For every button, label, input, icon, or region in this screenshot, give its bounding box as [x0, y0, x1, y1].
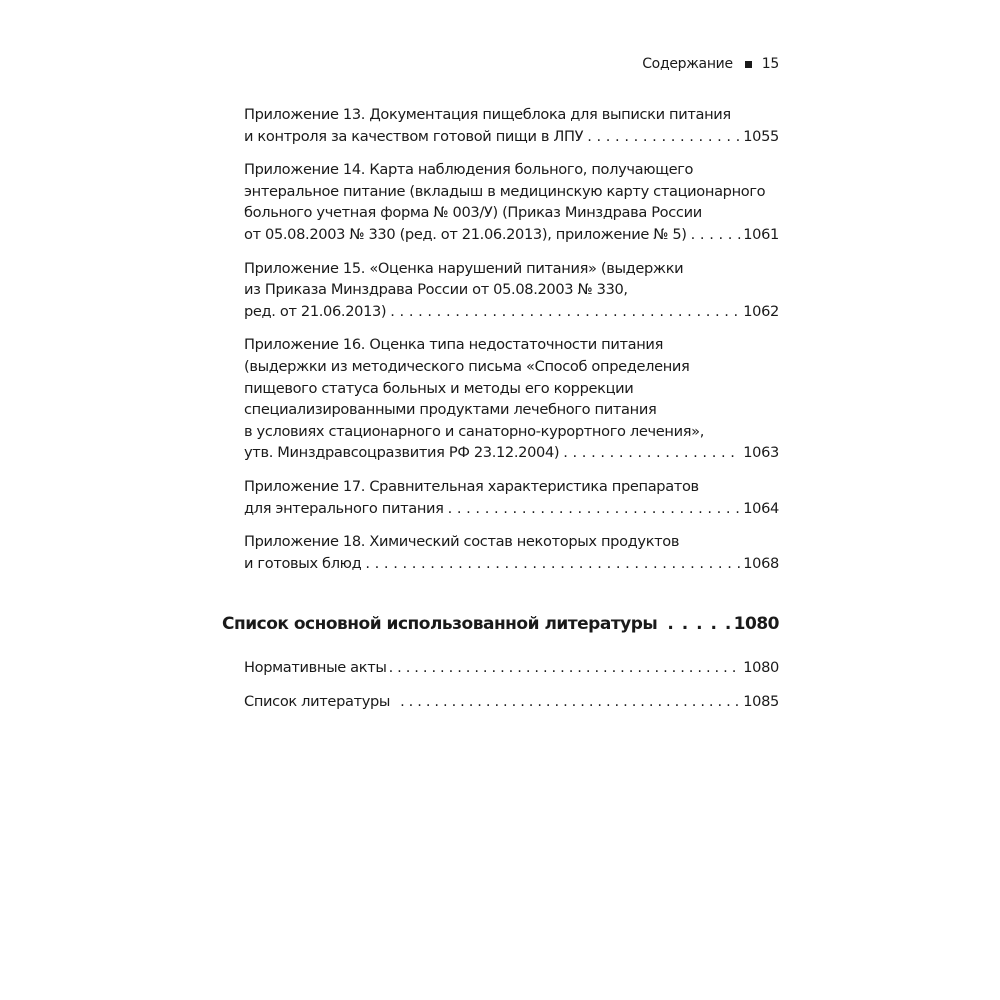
entry-text-line: в условиях стационарного и санаторно-кур… — [244, 421, 779, 443]
toc-entry[interactable]: Приложение 13. Документация пищеблока дл… — [244, 104, 779, 147]
entry-last-line: утв. Минздравсоцразвития РФ 23.12.2004)1… — [244, 442, 779, 464]
subentry-title: Список литературы — [244, 693, 390, 710]
entry-page: 1055 — [743, 126, 779, 148]
dot-leader — [587, 126, 741, 148]
entry-text-line: ред. от 21.06.2013) — [244, 301, 386, 323]
dot-leader — [448, 498, 742, 520]
toc-page: Содержание 15 Приложение 13. Документаци… — [0, 0, 1000, 1000]
entry-text-line: специализированными продуктами лечебного… — [244, 399, 779, 421]
dot-leader — [390, 301, 741, 323]
toc-entry[interactable]: Приложение 15. «Оценка нарушений питания… — [244, 258, 779, 323]
running-head-title: Содержание — [642, 56, 733, 72]
toc-list: Приложение 13. Документация пищеблока дл… — [244, 104, 779, 586]
toc-entry[interactable]: Приложение 14. Карта наблюдения больного… — [244, 159, 779, 245]
square-bullet-icon — [745, 61, 752, 68]
dot-leader — [563, 442, 741, 464]
entry-text-line: от 05.08.2003 № 330 (ред. от 21.06.2013)… — [244, 224, 687, 246]
section-page: 1080 — [734, 614, 779, 634]
dot-leader — [400, 693, 741, 710]
toc-entry[interactable]: Приложение 18. Химический состав некотор… — [244, 531, 779, 574]
entry-text-line: для энтерального питания — [244, 498, 444, 520]
entry-text-line: энтеральное питание (вкладыш в медицинск… — [244, 181, 779, 203]
toc-subentry-normative-acts[interactable]: Нормативные акты 1080 — [244, 659, 779, 676]
entry-last-line: ред. от 21.06.2013)1062 — [244, 301, 779, 323]
toc-entry[interactable]: Приложение 17. Сравнительная характерист… — [244, 476, 779, 519]
dot-leader — [389, 659, 742, 676]
toc-section-bibliography[interactable]: Список основной использованной литератур… — [222, 614, 779, 634]
dot-leader — [365, 553, 741, 575]
subentry-title: Нормативные акты — [244, 659, 387, 676]
entry-text-line: Приложение 14. Карта наблюдения больного… — [244, 159, 779, 181]
entry-text-line: и контроля за качеством готовой пищи в Л… — [244, 126, 583, 148]
entry-text-line: пищевого статуса больных и методы его ко… — [244, 378, 779, 400]
entry-last-line: и контроля за качеством готовой пищи в Л… — [244, 126, 779, 148]
section-title: Список основной использованной литератур… — [222, 614, 657, 634]
entry-text-line: (выдержки из методического письма «Спосо… — [244, 356, 779, 378]
entry-text-line: Приложение 17. Сравнительная характерист… — [244, 476, 779, 498]
entry-text-line: больного учетная форма № 003/У) (Приказ … — [244, 202, 779, 224]
subentry-page: 1080 — [743, 659, 779, 676]
entry-last-line: для энтерального питания1064 — [244, 498, 779, 520]
entry-text-line: и готовых блюд — [244, 553, 361, 575]
entry-page: 1061 — [743, 224, 779, 246]
entry-text-line: утв. Минздравсоцразвития РФ 23.12.2004) — [244, 442, 559, 464]
dot-leader — [667, 614, 729, 634]
entry-page: 1062 — [743, 301, 779, 323]
entry-page: 1068 — [743, 553, 779, 575]
entry-text-line: из Приказа Минздрава России от 05.08.200… — [244, 279, 779, 301]
running-head: Содержание 15 — [642, 56, 779, 72]
dot-leader — [691, 224, 742, 246]
page-number: 15 — [762, 56, 779, 72]
toc-subentry-references[interactable]: Список литературы 1085 — [244, 693, 779, 710]
entry-text-line: Приложение 15. «Оценка нарушений питания… — [244, 258, 779, 280]
entry-text-line: Приложение 16. Оценка типа недостаточнос… — [244, 334, 779, 356]
subentry-page: 1085 — [743, 693, 779, 710]
toc-entry[interactable]: Приложение 16. Оценка типа недостаточнос… — [244, 334, 779, 464]
entry-last-line: от 05.08.2003 № 330 (ред. от 21.06.2013)… — [244, 224, 779, 246]
entry-page: 1063 — [743, 442, 779, 464]
entry-text-line: Приложение 18. Химический состав некотор… — [244, 531, 779, 553]
entry-last-line: и готовых блюд1068 — [244, 553, 779, 575]
entry-text-line: Приложение 13. Документация пищеблока дл… — [244, 104, 779, 126]
entry-page: 1064 — [743, 498, 779, 520]
